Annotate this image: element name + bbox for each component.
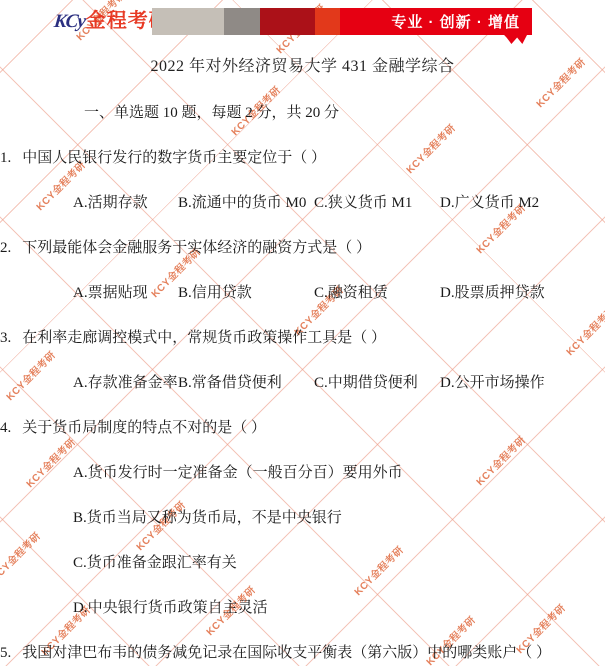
question-stem: 关于货币局制度的特点不对的是（ ） [22,420,266,436]
question-1-options-row: A.活期存款B.流通中的货币 M0C.狭义货币 M1D.广义货币 M2 [0,194,605,213]
option-item: A.货币发行时一定准备金（一般百分百）要用外币 [0,464,605,483]
option-item: D.中央银行货币政策自主灵活 [0,599,605,618]
question-2-options-row: A.票据贴现B.信用贷款C.融资租赁D.股票质押贷款 [0,284,605,303]
option-item: B.常备借贷便利 [178,374,282,393]
option-item: A.存款准备金率 [73,374,178,393]
question-stem: 在利率走廊调控模式中，常规货币政策操作工具是（ ） [22,330,386,346]
option-item: B.信用贷款 [178,284,252,303]
option-item: D.公开市场操作 [440,374,545,393]
question-number: 4. [0,419,11,438]
question-3-text: 3.在利率走廊调控模式中，常规货币政策操作工具是（ ） [0,329,605,348]
option-item: C.中期借贷便利 [314,374,418,393]
question-number: 5. [0,644,11,663]
question-1-text: 1.中国人民银行发行的数字货币主要定位于（ ） [0,149,605,168]
option-item: D.广义货币 M2 [440,194,539,213]
question-stem: 我国对津巴布韦的债务减免记录在国际收支平衡表（第六版）中的哪类账户（ ） [22,645,551,661]
option-item: B.货币当局又称为货币局，不是中央银行 [0,509,605,528]
option-item: A.活期存款 [73,194,148,213]
option-item: A.票据贴现 [73,284,148,303]
question-number: 1. [0,149,11,168]
option-item: C.融资租赁 [314,284,388,303]
question-3-options-row: A.存款准备金率B.常备借贷便利C.中期借贷便利D.公开市场操作 [0,374,605,393]
question-stem: 中国人民银行发行的数字货币主要定位于（ ） [22,150,326,166]
question-stem: 下列最能体会金融服务于实体经济的融资方式是（ ） [22,240,371,256]
option-item: D.股票质押贷款 [440,284,545,303]
option-item: C.狭义货币 M1 [314,194,412,213]
section-heading: 一、单选题 10 题，每题 2 分，共 20 分 [0,104,605,123]
exam-content: 一、单选题 10 题，每题 2 分，共 20 分1.中国人民银行发行的数字货币主… [0,0,605,666]
question-5-text: 5.我国对津巴布韦的债务减免记录在国际收支平衡表（第六版）中的哪类账户（ ） [0,644,605,663]
exam-document-page: KCY金程考研KCY金程考研KCY金程考研KCY金程考研KCY金程考研KCY金程… [0,0,605,666]
option-item: B.流通中的货币 M0 [178,194,306,213]
question-4-text: 4.关于货币局制度的特点不对的是（ ） [0,419,605,438]
question-number: 2. [0,239,11,258]
question-number: 3. [0,329,11,348]
option-item: C.货币准备金跟汇率有关 [0,554,605,573]
question-2-text: 2.下列最能体会金融服务于实体经济的融资方式是（ ） [0,239,605,258]
